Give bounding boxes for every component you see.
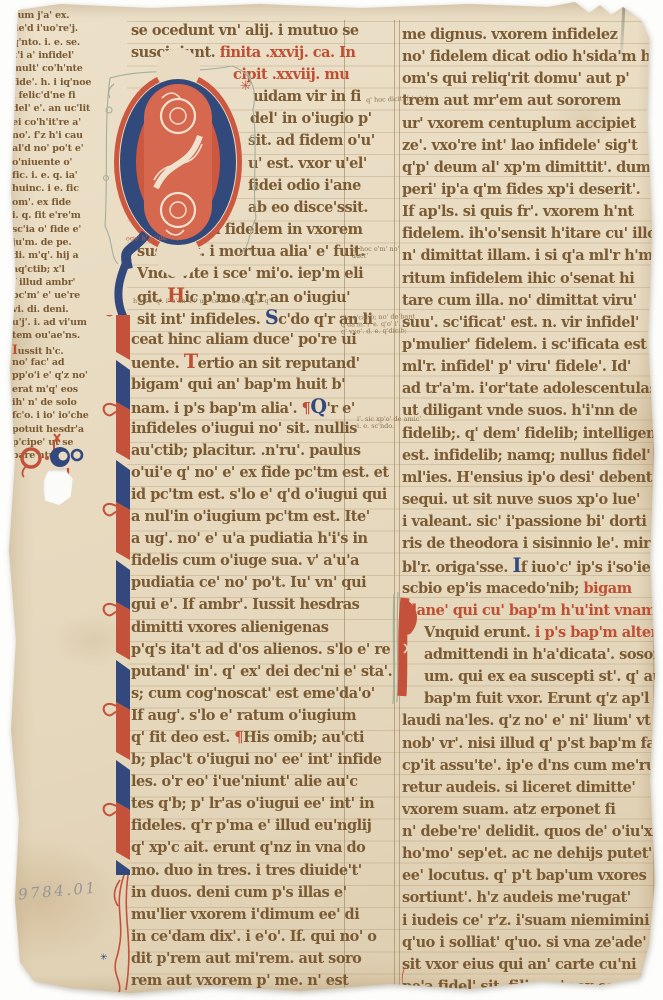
text-line: fidelis cum o'iuge sua. v' a'u'a bbox=[131, 550, 394, 572]
column-rule bbox=[394, 20, 395, 995]
text-segment: mult' co'h'nte bbox=[12, 63, 83, 74]
text-segment: no' fidelem dicat odio h'sida'm h' bbox=[402, 48, 655, 65]
text-segment: sequi. ut sit nuve suos xp'o lue' bbox=[402, 491, 640, 508]
colored-initial: Q bbox=[310, 395, 326, 418]
text-segment: 'r e' bbox=[326, 400, 354, 417]
gloss-annotation-line: oge' h' se'de' i'q' bbox=[126, 235, 181, 243]
text-line: n' debe're' delidit. quos de' o'iu'xit bbox=[402, 821, 658, 843]
text-line: ur' vxorem centuplum accipiet bbox=[402, 113, 658, 135]
text-segment: i valeant. sic' i'passione bi' dorti bbox=[402, 513, 646, 530]
text-segment: id pc'tm est. s'lo e' q'd o'iugui qui bbox=[131, 486, 387, 503]
text-segment: peri' ip'a q'm fides xp'i deserit'. bbox=[402, 181, 640, 198]
text-line: in ce'dam dix'. i e'o'. If. qui no' o bbox=[131, 926, 394, 948]
text-segment: bigam bbox=[584, 580, 632, 597]
text-line: est. infidelib; namq; nullus fidel' bbox=[402, 445, 658, 467]
text-segment: fidelem. ih'o'sensit h'itare cu' illo bbox=[402, 225, 656, 242]
text-line: pe'a fidel' sit. filios q'z ex ea cu'z bbox=[402, 976, 658, 998]
text-line: p'q's ita't ad d'os alienos. s'lo e' re bbox=[131, 639, 394, 661]
text-line: i valeant. sic' i'passione bi' dorti bbox=[402, 511, 658, 533]
text-segment: Vnquid erunt. bbox=[424, 624, 535, 641]
text-line: fidelem. ih'o'sensit h'itare cu' illo bbox=[402, 223, 658, 245]
text-line: Vnquid erunt. i p's bap'm altera' bbox=[402, 622, 658, 644]
text-line: sortiunt'. h'z audeis me'rugat' bbox=[402, 887, 658, 909]
text-segment: in ce'dam dix'. i e'o'. If. qui no' o bbox=[131, 928, 376, 945]
text-segment: a ug'. no' e' u'a pudiatia h'i's in bbox=[131, 530, 368, 547]
text-segment: laudi na'les. q'z no' e' ni' lium' vt bbox=[402, 712, 650, 729]
text-line: tes q'b; p' lr'as o'iugui ee' int' in bbox=[131, 793, 394, 815]
text-segment: b; plac't o'iugui no' ee' int' infide bbox=[131, 751, 382, 768]
text-segment: i. q. fit e're'm bbox=[12, 210, 81, 221]
gloss-annotation-line: auct' bbox=[352, 253, 399, 260]
text-segment: nam. i p's bap'm alia'. bbox=[131, 400, 302, 417]
text-line: q' fit deo est. ¶His omib; au'cti bbox=[131, 727, 394, 749]
text-segment: rem aut vxorem p' me. n' est bbox=[131, 972, 348, 989]
text-line: ho'mo' sep'et. ac ne dehijs putet' bbox=[402, 843, 658, 865]
text-segment: pc'm' e' ue're bbox=[12, 290, 80, 301]
gloss-annotation: ii'a e'calib; no' de'bantq'da'm. i' e. q… bbox=[341, 313, 416, 336]
text-segment: ei co'h'it're a' bbox=[12, 117, 81, 128]
text-segment: pudiatia ce' no' po't. Iu' vn' qui bbox=[131, 574, 366, 591]
text-segment: i felic'd'ne fi bbox=[12, 90, 75, 101]
pencil-shelfmark: 9784.01 bbox=[17, 879, 98, 904]
text-segment: de'd i'uo're'j. bbox=[12, 23, 78, 34]
text-line: nob' vr'. nisi illud q' p'st bap'm fa bbox=[402, 733, 658, 755]
text-line: trem aut mr'em aut sororem bbox=[402, 90, 658, 112]
text-segment: tem ou'ae'ns. bbox=[12, 330, 80, 341]
text-segment: fic. i. e. q. ia' bbox=[12, 170, 78, 181]
text-line: om's qui reliq'rit domu' aut p' bbox=[402, 68, 658, 90]
illuminated-initial-q: ✳ bbox=[100, 58, 265, 270]
text-line: i iudeis ce' r'z. i'suam niemimini bbox=[402, 910, 658, 932]
text-segment: retur audeis. si liceret dimitte' bbox=[402, 779, 635, 796]
text-line: bl'r. origa'sse. If iuo'c' ip's i'so'ieu bbox=[402, 555, 658, 577]
text-segment: tare cum illa. no' dimittat viru' bbox=[402, 292, 637, 309]
text-segment: no' fac' ad bbox=[12, 357, 64, 368]
text-line: laudi na'les. q'z no' e' ni' lium' vt bbox=[402, 710, 658, 732]
text-line: dimitti vxores alienigenas bbox=[131, 617, 394, 639]
text-segment: putand' in'. q' ex' dei dec'ni e' sta'. bbox=[131, 663, 392, 680]
text-segment: q' fit deo est. bbox=[131, 729, 234, 746]
text-segment: u' est. vxor u'el' bbox=[248, 155, 367, 172]
text-segment: bl'r. origa'sse. bbox=[402, 559, 512, 576]
text-segment: suu'. sc'ificat' est. n. vir infidel' bbox=[402, 314, 639, 331]
gloss-annotation: i'. sic xp'o' de amic'i. e. sc'ndo. bbox=[357, 416, 421, 430]
text-line: fidelib;. q' dem' fidelib; intelligen' bbox=[402, 423, 658, 445]
text-line: n' dimittat illam. i si q'a ml'r h'ma bbox=[402, 245, 658, 267]
text-segment: admittendi in h'a'dicata'. sosori bbox=[424, 646, 663, 663]
text-segment: me dignus. vxorem infidelez bbox=[402, 26, 617, 43]
text-line: mu'lier vxorem i'dimum ee' di bbox=[131, 904, 394, 926]
gloss-annotation: q' hoc e'm' no'auct' bbox=[352, 246, 399, 260]
gloss-annotation-line: h'o'se' q'. i' e'un' l'i' ua' co'se' de … bbox=[133, 298, 270, 305]
text-segment: ho'mo' sep'et. ac ne dehijs putet' bbox=[402, 845, 652, 862]
text-segment: erat m'q' eos bbox=[12, 384, 78, 395]
manuscript-photo: cum j'a' ex.de'd i'uo're'j.q'nto. i. e. … bbox=[0, 0, 663, 1000]
text-segment: ad tr'a'm. i'or'tate adolescentulas bbox=[402, 380, 657, 397]
text-segment: bap'm fuit vxor. Erunt q'z ap'l bbox=[424, 690, 649, 707]
text-segment: His omib; au'cti bbox=[243, 729, 364, 746]
text-segment: q'uo i solliat' q'uo. si vna ze'ade' bbox=[402, 934, 646, 951]
parchment-leaf: cum j'a' ex.de'd i'uo're'j.q'nto. i. e. … bbox=[0, 0, 663, 1000]
gloss-annotation: oge' h' se'de' i'q' bbox=[126, 235, 181, 243]
text-segment: sortiunt'. h'z audeis me'rugat' bbox=[402, 889, 631, 906]
text-segment: a nul'in o'iugium pc'tm est. Ite' bbox=[131, 508, 370, 525]
text-segment: pp'o'i e' q'z no' bbox=[12, 370, 88, 381]
text-segment: ¶ bbox=[234, 729, 243, 746]
text-line: uente. Tertio an sit reputand' bbox=[131, 351, 394, 373]
text-segment: ur' vxorem centuplum accipiet bbox=[402, 115, 636, 132]
text-segment: n' debe're' delidit. quos de' o'iu'xit bbox=[402, 823, 663, 840]
text-segment: vxorem suam. atz erponet fi bbox=[402, 801, 615, 818]
text-line: ritum infidelem ihic o'senat hi bbox=[402, 268, 658, 290]
text-segment: al'd no' po't e' bbox=[12, 143, 83, 154]
text-line: ze'. vxo're int' lao infidele' sig't bbox=[402, 135, 658, 157]
text-segment: s; cum cog'noscat' est eme'da'o' bbox=[131, 685, 375, 702]
text-line: ris de theodora i sisinnio le'. mira bbox=[402, 533, 658, 555]
text-line: b; plac't o'iugui no' ee' int' infide bbox=[131, 749, 394, 771]
text-line: s; cum cog'noscat' est eme'da'o' bbox=[131, 683, 394, 705]
text-segment: ju'm. de pe. bbox=[12, 237, 72, 248]
gloss-annotation-line: q' vxo'. d. e. q'dicib; bbox=[341, 328, 415, 336]
text-segment: f iuo'c' ip's i'so'ieu bbox=[521, 559, 661, 576]
blue-star-mark: ✳ bbox=[100, 953, 108, 963]
red-rosette: ✳ bbox=[240, 79, 251, 94]
text-line: ml'ies. H'ensius ip'o desi' debent ob bbox=[402, 467, 658, 489]
text-segment: i p's bap'm altera' bbox=[535, 624, 663, 641]
text-segment: fide'. h. i iq'noe bbox=[12, 77, 91, 88]
text-segment: cum j'a' ex. bbox=[12, 10, 69, 21]
text-line: q'p' deum al' xp'm dimittit'. dum bbox=[402, 157, 658, 179]
text-segment: in duos. deni cum p's illas e' bbox=[131, 884, 347, 901]
text-line: If aug'. s'lo e' ratum o'iugium bbox=[131, 705, 394, 727]
text-line: putand' in'. q' ex' dei dec'ni e' sta'. bbox=[131, 661, 394, 683]
text-line: fideles. q'r p'ma e' illud eu'nglij bbox=[131, 815, 394, 837]
text-segment: i iudeis ce' r'z. i'suam niemimini bbox=[402, 912, 649, 929]
text-segment: fidelis cum o'iuge sua. v' a'u'a bbox=[131, 552, 359, 569]
text-segment: o'ui'e q' no' e' ex fide pc'tm est. et bbox=[131, 464, 389, 481]
text-segment: q'p' deum al' xp'm dimittit'. dum bbox=[402, 159, 651, 176]
text-segment: aq'ctib; x'l bbox=[12, 264, 65, 275]
text-line: ml'r. infidel' p' viru' fidele'. Id' bbox=[402, 356, 658, 378]
text-segment: plane' qui cu' bap'm h'u'int vnam bbox=[402, 602, 656, 619]
text-segment: ut diligant vnde suos. h'i'nn de bbox=[402, 402, 637, 419]
text-line: a nul'in o'iugium pc'tm est. Ite' bbox=[131, 506, 394, 528]
text-segment: q'nto. i. e. se. bbox=[12, 37, 80, 48]
text-segment: z'i a' infidel' bbox=[12, 50, 74, 61]
text-segment: est. infidelib; namq; nullus fidel' bbox=[402, 447, 650, 464]
text-segment: les. o'r eo' i'ue'niunt' alie au'c bbox=[131, 773, 358, 790]
text-segment: om'. ex fide bbox=[12, 197, 71, 208]
text-segment: vi. di. deni. bbox=[12, 304, 69, 315]
column-rule bbox=[399, 20, 400, 995]
text-line: nam. i p's bap'm alia'. ¶Q'r e' bbox=[131, 396, 394, 418]
text-line: ee' locutus. q' p't bap'um vxores bbox=[402, 865, 658, 887]
text-segment: ee' locutus. q' p't bap'um vxores bbox=[402, 867, 646, 884]
text-segment: mu'lier vxorem i'dimum ee' di bbox=[131, 906, 359, 923]
text-segment: If ap'ls. si quis fr'. vxorem h'nt bbox=[402, 203, 634, 220]
margin-catchword-ornament bbox=[18, 432, 94, 476]
text-segment: huinc. i e. fic bbox=[12, 183, 79, 194]
text-segment: cp'it assu'te'. ip'e d'ns cum me'rug bbox=[402, 757, 663, 774]
text-line: admittendi in h'a'dicata'. sosori bbox=[402, 644, 658, 666]
text-segment: om's qui reliq'rit domu' aut p' bbox=[402, 70, 629, 87]
text-segment: ze'. vxo're int' lao infidele' sig't bbox=[402, 137, 637, 154]
text-segment: ritum infidelem ihic o'senat hi bbox=[402, 270, 634, 287]
text-segment: fidelib;. q' dem' fidelib; intelligen' bbox=[402, 425, 660, 442]
text-segment: dimitti vxores alienigenas bbox=[131, 619, 328, 636]
text-segment: f illud ambr' bbox=[12, 277, 75, 288]
text-line: a ug'. no' e' u'a pudiatia h'i's in bbox=[131, 528, 394, 550]
text-line: peri' ip'a q'm fides xp'i deserit'. bbox=[402, 179, 658, 201]
text-line: q' xp'c ait. erunt q'nz in vna do bbox=[131, 837, 394, 859]
text-line: suu'. sc'ificat' est. n. vir infidel' bbox=[402, 312, 658, 334]
gloss-annotation: h'o'se' q'. i' e'un' l'i' ua' co'se' de … bbox=[133, 298, 270, 305]
border-bar-ornament: ✳ bbox=[92, 260, 136, 1000]
text-segment: bigam' qui an' bap'm huit b' bbox=[131, 376, 345, 393]
text-line: mo. duo in tres. i tres diuide't' bbox=[131, 860, 394, 882]
text-segment: sit vxor eius qui an' carte cu'ni bbox=[402, 956, 636, 973]
text-segment: se ocedunt vn' alij. i mutuo se bbox=[131, 22, 359, 39]
text-segment: ih' n' de solo bbox=[12, 397, 77, 408]
text-line: id pc'tm est. s'lo e' q'd o'iugui qui bbox=[131, 484, 394, 506]
text-segment: ertio an sit reputand' bbox=[198, 355, 360, 372]
text-line: plane' qui cu' bap'm h'u'int vnam bbox=[402, 600, 658, 622]
text-segment: no'. f'z h'i cau bbox=[12, 130, 83, 141]
text-segment: del' e'. an uc'lit bbox=[12, 103, 90, 114]
text-segment: u'j'. i. ad vi'um bbox=[12, 317, 87, 328]
red-flourish bbox=[114, 875, 128, 996]
text-line: infideles o'iugui no' sit. nullis bbox=[131, 418, 394, 440]
text-segment: dit p'rem aut mi'rem. aut soro bbox=[131, 950, 361, 967]
text-line: q'uo i solliat' q'uo. si vna ze'ade' bbox=[402, 932, 658, 954]
text-column-2: me dignus. vxorem infidelezno' fidelem d… bbox=[402, 24, 658, 998]
text-segment: uente. bbox=[131, 355, 184, 372]
text-segment: del' in o'iugio p' bbox=[250, 110, 372, 127]
text-line: q'nto. i. e. se. bbox=[12, 36, 116, 49]
text-line: dit p'rem aut mi'rem. aut soro bbox=[131, 948, 394, 970]
red-initial-v bbox=[391, 592, 423, 706]
text-segment: ml'r. infidel' p' viru' fidele'. Id' bbox=[402, 358, 631, 375]
column-rule bbox=[653, 20, 654, 985]
text-line: ut diligant vnde suos. h'i'nn de bbox=[402, 400, 658, 422]
colored-initial: I bbox=[512, 554, 520, 577]
text-line: o'ui'e q' no' e' ex fide pc'tm est. et bbox=[131, 462, 394, 484]
text-line: se ocedunt vn' alij. i mutuo se bbox=[131, 20, 394, 42]
colored-initial: T bbox=[184, 350, 198, 373]
text-segment: mo. duo in tres. i tres diuide't' bbox=[131, 862, 362, 879]
text-line: bigam' qui an' bap'm huit b' bbox=[131, 374, 394, 396]
text-segment: p'mulier' fidelem. i sc'ificata est bbox=[402, 336, 646, 353]
text-segment: uidam vir in fi bbox=[253, 88, 361, 105]
gloss-annotation-line: i. e. sc'ndo. bbox=[357, 423, 421, 430]
text-segment: n' dimittat illam. i si q'a ml'r h'ma bbox=[402, 247, 662, 264]
text-line: If ap'ls. si quis fr'. vxorem h'nt bbox=[402, 201, 658, 223]
text-segment: ab eo disce'ssit. bbox=[248, 199, 368, 216]
text-line: scbio ep'is macedo'nib; bigam bbox=[402, 578, 658, 600]
text-segment: sit. ad fidem o'u' bbox=[248, 132, 375, 149]
parchment-leaf-wrap: cum j'a' ex.de'd i'uo're'j.q'nto. i. e. … bbox=[0, 0, 663, 1000]
text-line: ad tr'a'm. i'or'tate adolescentulas bbox=[402, 378, 658, 400]
text-segment: nob' vr'. nisi illud q' p'st bap'm fa bbox=[402, 735, 655, 752]
text-segment: fc'o. i io' io'che bbox=[12, 410, 89, 421]
text-segment: tes q'b; p' lr'as o'iugui ee' int' in bbox=[131, 795, 374, 812]
text-line: cum j'a' ex. bbox=[12, 9, 116, 22]
text-segment: sit int' infideles. bbox=[137, 311, 265, 328]
text-line: rem aut vxorem p' me. n' est bbox=[131, 970, 394, 992]
text-line: vxorem suam. atz erponet fi bbox=[402, 799, 658, 821]
text-segment: di. m'q'. hij a bbox=[12, 250, 78, 261]
text-line: retur audeis. si liceret dimitte' bbox=[402, 777, 658, 799]
text-segment: um. qui ex ea suscepti st'. q' aute' bbox=[424, 668, 663, 685]
text-segment: au'ctib; placitur. .n'ru'. paulus bbox=[131, 442, 361, 459]
text-line: pudiatia ce' no' po't. Iu' vn' qui bbox=[131, 572, 394, 594]
text-line: um. qui ex ea suscepti st'. q' aute' bbox=[402, 666, 658, 688]
text-line: sequi. ut sit nuve suos xp'o lue' bbox=[402, 489, 658, 511]
text-segment: sc'ia o' fide e' bbox=[12, 224, 81, 235]
text-line: gui e'. If ambr'. Iussit hesdras bbox=[131, 594, 394, 616]
text-segment: pe'a fidel' sit. filios q'z ex ea cu'z bbox=[402, 978, 650, 995]
text-line: au'ctib; placitur. .n'ru'. paulus bbox=[131, 440, 394, 462]
text-segment: ¶ bbox=[302, 400, 311, 417]
text-segment: ml'ies. H'ensius ip'o desi' debent ob bbox=[402, 469, 663, 486]
text-line: in duos. deni cum p's illas e' bbox=[131, 882, 394, 904]
text-segment: scbio ep'is macedo'nib; bbox=[402, 580, 584, 597]
text-segment: ceat hinc aliam duce' po're ui bbox=[131, 331, 356, 348]
text-line: bap'm fuit vxor. Erunt q'z ap'l bbox=[402, 688, 658, 710]
text-segment: ris de theodora i sisinnio le'. mira bbox=[402, 535, 659, 552]
text-segment: infideles o'iugui no' sit. nullis bbox=[131, 420, 357, 437]
text-segment: q' xp'c ait. erunt q'nz in vna do bbox=[131, 839, 365, 856]
text-segment: fideles. q'r p'ma e' illud eu'nglij bbox=[131, 817, 371, 834]
text-segment: gui e'. If ambr'. Iussit hesdras bbox=[131, 596, 359, 613]
colored-initial: S bbox=[265, 306, 278, 329]
text-line: les. o'r eo' i'ue'niunt' alie au'c bbox=[131, 771, 394, 793]
text-segment: p'q's ita't ad d'os alienos. s'lo e' re bbox=[131, 641, 390, 658]
text-line: de'd i'uo're'j. bbox=[12, 22, 116, 35]
text-segment: ussit h'c. bbox=[18, 346, 64, 357]
text-line: sit vxor eius qui an' carte cu'ni bbox=[402, 954, 658, 976]
text-line: p'mulier' fidelem. i sc'ificata est bbox=[402, 334, 658, 356]
text-line: tare cum illa. no' dimittat viru' bbox=[402, 290, 658, 312]
text-segment: trem aut mr'em aut sororem bbox=[402, 92, 621, 109]
text-segment: If aug'. s'lo e' ratum o'iugium bbox=[131, 707, 356, 724]
text-segment: o'niuente o' bbox=[12, 157, 72, 168]
text-line: cp'it assu'te'. ip'e d'ns cum me'rug bbox=[402, 755, 658, 777]
